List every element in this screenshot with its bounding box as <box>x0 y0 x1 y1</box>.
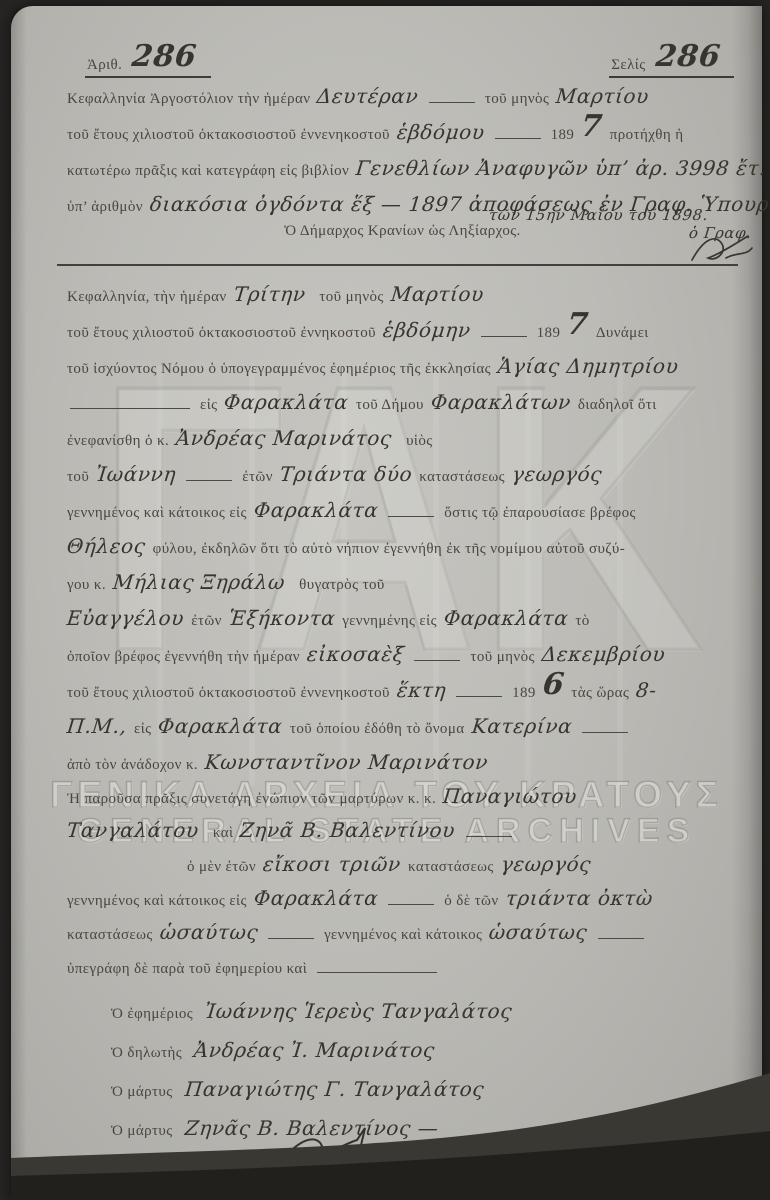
handwritten-text: εἰκοσαὲξ <box>306 642 406 666</box>
document-line: ΤανγαλάτουκαὶΖηνᾶ Β. Βαλεντίνου <box>67 814 738 848</box>
registry-page: ΓΑΚ ΓΕΝΙΚΑ ΑΡΧΕΙΑ ΤΟΥ ΚΡΑΤΟΥΣ GENERAL ST… <box>11 6 762 1200</box>
document-line: τοῦἸωάννηἐτῶνΤριάντα δύοκαταστάσεωςγεωργ… <box>67 456 738 492</box>
handwritten-text: Τριάντα δύο <box>279 462 414 486</box>
signature-name: Ἰωάννης Ἱερεὺς Τανγαλάτος <box>204 999 514 1023</box>
printed-text: 189 <box>551 127 575 144</box>
dash-line <box>429 102 475 103</box>
printed-text: ἐτῶν <box>242 469 273 486</box>
registration-paragraph: Κεφαλληνία Ἀργοστόλιον τὴν ἡμέρανΔευτέρα… <box>67 78 738 222</box>
handwritten-text: Τανγαλάτου <box>66 818 200 842</box>
document-line: ΕὐαγγέλουἐτῶνἙξήκονταγεννημένης εἰςΦαρακ… <box>67 600 738 636</box>
printed-text: εἰς <box>200 397 217 414</box>
handwritten-text: ἑβδόμου <box>396 120 486 144</box>
printed-text: εἰς <box>134 721 151 738</box>
dash-line <box>582 732 628 733</box>
printed-text: καταστάσεως <box>408 859 494 876</box>
document-line: καταστάσεωςὡσαύτωςγεννημένος καὶ κάτοικο… <box>67 916 738 950</box>
document-line: ἀπὸ τὸν ἀνάδοχον κ.Κωνσταντῖνον Μαρινάτο… <box>67 744 738 780</box>
page-number-value: 286 <box>654 39 722 74</box>
handwritten-text: Δεκεμβρίου <box>541 642 667 666</box>
printed-text: τὸ <box>575 613 589 630</box>
dash-line <box>466 836 512 837</box>
page-header: Ἀριθ. 286 Σελίς 286 <box>67 20 738 78</box>
handwritten-text: ὡσαύτως <box>488 920 589 944</box>
handwritten-text: Ἰωάννη <box>95 462 178 486</box>
printed-text: ἐτῶν <box>191 613 222 630</box>
signature-role-label: Ὁ ἐφημέριος <box>111 1006 193 1023</box>
printed-text: τοῦ <box>67 469 89 486</box>
registration-mayor-line: τῶν 15ην Μαΐου τοῦ 1898. Ὁ Δήμαρχος Κραν… <box>67 222 738 254</box>
document-line: ὑπεγράφη δὲ παρὰ τοῦ ἐφημερίου καὶ <box>67 950 738 984</box>
document-line: τοῦ ἔτους χιλιοστοῦ ὀκτακοσιοστοῦ ἐννενη… <box>67 672 738 708</box>
handwritten-text: Ἑξήκοντα <box>228 606 337 630</box>
printed-text: τὰς ὥρας <box>571 685 629 702</box>
printed-text: θυγατρὸς τοῦ <box>299 577 385 594</box>
printed-text: τοῦ ἔτους χιλιοστοῦ ὀκτακοσιοστοῦ ἐννηκο… <box>67 325 376 342</box>
handwritten-text: 7 <box>579 109 604 144</box>
printed-text: τοῦ ἔτους χιλιοστοῦ ὀκτακοσιοστοῦ ἐννενη… <box>67 685 390 702</box>
handwritten-text: Γενεθλίων Ἀναφυγῶν ὑπ’ ἀρ. 3998 ἔτ. <box>355 156 768 180</box>
page-number-label: Σελίς <box>611 57 645 74</box>
dash-line <box>495 138 541 139</box>
printed-text: υἱὸς <box>406 433 433 450</box>
handwritten-text: Φαρακλάτα <box>253 886 380 910</box>
registrar-initials-signature <box>686 228 756 268</box>
printed-text: καταστάσεως <box>419 469 505 486</box>
book-edge-shadow <box>11 1070 770 1200</box>
printed-text: προτήχθη ἡ <box>610 127 684 144</box>
handwritten-text: Π.Μ., <box>66 714 129 738</box>
act-number: Ἀριθ. 286 <box>85 39 211 78</box>
page-left-shadow <box>11 6 27 1200</box>
page-number: Σελίς 286 <box>609 39 734 78</box>
scanned-document: ΓΑΚ ΓΕΝΙΚΑ ΑΡΧΕΙΑ ΤΟΥ ΚΡΑΤΟΥΣ GENERAL ST… <box>0 0 770 1200</box>
handwritten-text: τριάντα ὀκτὼ <box>504 886 654 910</box>
printed-text: γεννημένης εἰς <box>342 613 437 630</box>
printed-text: Κεφαλληνία, τὴν ἡμέραν <box>67 289 227 306</box>
handwritten-text: Φαρακλάτα <box>253 498 380 522</box>
handwritten-text: Παναγιώτου <box>442 784 579 808</box>
handwritten-text: Θήλεος <box>66 534 147 558</box>
printed-text: Δυνάμει <box>596 325 649 342</box>
handwritten-text: Μαρτίου <box>390 282 486 306</box>
handwritten-text: Κωνσταντῖνον Μαρινάτον <box>204 750 490 774</box>
printed-text: τοῦ ὁποίου ἐδόθη τὸ ὄνομα <box>290 721 465 738</box>
document-line: Κεφαλληνία Ἀργοστόλιον τὴν ἡμέρανΔευτέρα… <box>67 78 738 114</box>
printed-text: Κεφαλληνία Ἀργοστόλιον τὴν ἡμέραν <box>67 91 310 108</box>
document-line: εἰςΦαρακλάτατοῦ ΔήμουΦαρακλάτωνδιαδηλοῖ … <box>67 384 738 420</box>
document-line: κατωτέρω πρᾶξις καὶ κατεγράφη εἰς βιβλίο… <box>67 150 738 186</box>
dash-line <box>317 972 437 973</box>
handwritten-text: Δευτέραν <box>316 84 420 108</box>
printed-text: ὁποῖον βρέφος ἐγεννήθη τὴν ἡμέραν <box>67 649 300 666</box>
handwritten-text: Φαρακλάτων <box>430 390 573 414</box>
section-divider <box>57 264 738 266</box>
printed-text: γεννημένος καὶ κάτοικος <box>324 927 482 944</box>
document-line: γου κ.Μήλιας Ξηράλωθυγατρὸς τοῦ <box>67 564 738 600</box>
act-number-label: Ἀριθ. <box>87 57 122 74</box>
handwritten-text: Ἀνδρέας Μαρινάτος <box>175 426 393 450</box>
printed-text: ὁ μὲν ἐτῶν <box>187 859 256 876</box>
document-line: ὁ μὲν ἐτῶνεἴκοσι τριῶνκαταστάσεωςγεωργός <box>67 848 738 882</box>
printed-text: 189 <box>512 685 536 702</box>
document-line: τοῦ ἰσχύοντος Νόμου ὁ ὑπογεγραμμένος ἐφη… <box>67 348 738 384</box>
printed-text: καταστάσεως <box>67 927 153 944</box>
handwritten-text: 7 <box>566 307 591 342</box>
printed-text: 189 <box>537 325 561 342</box>
printed-text: ὁ δὲ τῶν <box>444 893 498 910</box>
handwritten-text: ὡσαύτως <box>158 920 259 944</box>
document-line: Κεφαλληνία, τὴν ἡμέρανΤρίτηντοῦ μηνὸςΜαρ… <box>67 276 738 312</box>
dash-line <box>388 904 434 905</box>
dash-line <box>388 516 434 517</box>
marginal-date-annotation: τῶν 15ην Μαΐου τοῦ 1898. <box>488 206 709 224</box>
printed-text: ὅστις τῷ ἐπαρουσίασε βρέφος <box>444 505 636 522</box>
printed-text: τοῦ ἰσχύοντος Νόμου ὁ ὑπογεγραμμένος ἐφη… <box>67 361 491 378</box>
handwritten-text: 8- <box>635 678 658 702</box>
dash-line <box>414 660 460 661</box>
dash-line <box>481 336 527 337</box>
document-line: Π.Μ.,εἰςΦαρακλάτατοῦ ὁποίου ἐδόθη τὸ ὄνο… <box>67 708 738 744</box>
handwritten-text: 6 <box>541 667 566 702</box>
document-line: τοῦ ἔτους χιλιοστοῦ ὀκτακοσιοστοῦ ἐννενη… <box>67 114 738 150</box>
handwritten-text: Φαρακλάτα <box>157 714 284 738</box>
document-content: Ἀριθ. 286 Σελίς 286 Κεφαλληνία Ἀργοστόλι… <box>67 20 738 1200</box>
handwritten-text: γεωργός <box>511 462 604 486</box>
dash-line <box>268 938 314 939</box>
handwritten-text: ἕκτη <box>396 678 448 702</box>
handwritten-text: ἑβδόμην <box>382 318 472 342</box>
printed-text: φύλου, ἐκδηλῶν ὅτι τὸ αὐτὸ νήπιον ἐγεννή… <box>153 541 625 558</box>
printed-text: τοῦ μηνὸς <box>485 91 549 108</box>
signature-name: Ἀνδρέας Ἰ. Μαρινάτος <box>193 1038 436 1062</box>
handwritten-text: Τρίτην <box>232 282 306 306</box>
handwritten-text: Φαρακλάτα <box>443 606 570 630</box>
printed-text: ὑπ’ ἀριθμὸν <box>67 199 143 216</box>
printed-text: γου κ. <box>67 577 106 594</box>
document-line: γεννημένος καὶ κάτοικος εἰςΦαρακλάταὁ δὲ… <box>67 882 738 916</box>
printed-text: καὶ <box>213 825 234 842</box>
dash-line <box>186 480 232 481</box>
printed-text: γεννημένος καὶ κάτοικος εἰς <box>67 893 247 910</box>
mayor-registrar-title: Ὁ Δήμαρχος Κρανίων ὡς Ληξίαρχος. <box>284 223 520 239</box>
handwritten-text: εἴκοσι τριῶν <box>262 852 402 876</box>
handwritten-text: Εὐαγγέλου <box>66 606 186 630</box>
handwritten-text: Ἁγίας Δημητρίου <box>497 354 680 378</box>
handwritten-text: Μήλιας Ξηράλω <box>112 570 287 594</box>
handwritten-text: Ζηνᾶ Β. Βαλεντίνου <box>239 818 457 842</box>
document-line: ὁποῖον βρέφος ἐγεννήθη τὴν ἡμέρανεἰκοσαὲ… <box>67 636 738 672</box>
handwritten-text: Κατερίνα <box>470 714 573 738</box>
printed-text: ἐνεφανίσθη ὁ κ. <box>67 433 169 450</box>
witness-paragraph: Ἡ παροῦσα πρᾶξις συνετάγη ἐνώπιον τῶν μα… <box>67 780 738 984</box>
handwritten-text: Φαρακλάτα <box>223 390 350 414</box>
printed-text: ἀπὸ τὸν ἀνάδοχον κ. <box>67 757 198 774</box>
printed-text: τοῦ μηνὸς <box>470 649 534 666</box>
dash-line <box>456 696 502 697</box>
printed-text: τοῦ ἔτους χιλιοστοῦ ὀκτακοσιοστοῦ ἐννενη… <box>67 127 390 144</box>
printed-text: διαδηλοῖ ὅτι <box>578 397 657 414</box>
document-line: Ἡ παροῦσα πρᾶξις συνετάγη ἐνώπιον τῶν μα… <box>67 780 738 814</box>
printed-text: τοῦ Δήμου <box>356 397 424 414</box>
document-line: ἐνεφανίσθη ὁ κ.Ἀνδρέας Μαρινάτοςυἱὸς <box>67 420 738 456</box>
dash-line <box>70 408 190 409</box>
birth-act-paragraph: Κεφαλληνία, τὴν ἡμέρανΤρίτηντοῦ μηνὸςΜαρ… <box>67 276 738 780</box>
printed-text: Ἡ παροῦσα πρᾶξις συνετάγη ἐνώπιον τῶν μα… <box>67 791 436 808</box>
printed-text: τοῦ μηνὸς <box>319 289 383 306</box>
signature-row: Ὁ ἐφημέριοςἸωάννης Ἱερεὺς Τανγαλάτος <box>111 988 738 1027</box>
printed-text: ὑπεγράφη δὲ παρὰ τοῦ ἐφημερίου καὶ <box>67 961 307 978</box>
dash-line <box>598 938 644 939</box>
document-line: γεννημένος καὶ κάτοικος εἰςΦαρακλάταὅστι… <box>67 492 738 528</box>
handwritten-text: Μαρτίου <box>555 84 651 108</box>
signature-row: Ὁ δηλωτὴςἈνδρέας Ἰ. Μαρινάτος <box>111 1027 738 1066</box>
printed-text: κατωτέρω πρᾶξις καὶ κατεγράφη εἰς βιβλίο… <box>67 163 349 180</box>
document-line: Θήλεοςφύλου, ἐκδηλῶν ὅτι τὸ αὐτὸ νήπιον … <box>67 528 738 564</box>
handwritten-text: γεωργός <box>500 852 593 876</box>
signature-role-label: Ὁ δηλωτὴς <box>111 1045 182 1062</box>
document-line: τοῦ ἔτους χιλιοστοῦ ὀκτακοσιοστοῦ ἐννηκο… <box>67 312 738 348</box>
printed-text: γεννημένος καὶ κάτοικος εἰς <box>67 505 247 522</box>
act-number-value: 286 <box>130 39 198 74</box>
